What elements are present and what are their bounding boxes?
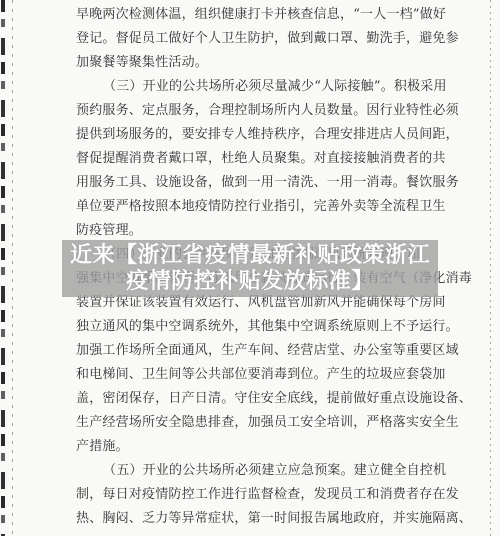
document-line: 产措施。 [76, 435, 448, 459]
document-line: 预约服务、定点服务，合理控制场所内人员数量。因行业特性必须 [76, 99, 448, 123]
document-line: 用服务工具、设施设备，做到一用一清洗、一用一消毒。餐饮服务 [76, 171, 448, 195]
document-line: 盖，密闭保存，日产日清。守住安全底线，提前做好重点设施设备、 [76, 387, 448, 411]
document-line: 督促提醒消费者戴口罩，杜绝人员聚集。对直接接触消费者的共 [76, 147, 448, 171]
caption-line-1: 近来【浙江省疫情最新补贴政策浙江 [70, 243, 430, 269]
document-line: 早晚两次检测体温，组织健康打卡并核查信息，“一人一档”做好 [76, 3, 448, 27]
document-line: 制，每日对疫情防控工作进行监督检查，发现员工和消费者存在发 [76, 483, 448, 507]
scan-artifact-right-dotted-line [490, 0, 491, 536]
caption-overlay: 近来【浙江省疫情最新补贴政策浙江 疫情防控补贴发放标准】 [62, 240, 438, 297]
scanned-document-page: 早晚两次检测体温，组织健康打卡并核查信息，“一人一档”做好登记。督促员工做好个人… [0, 0, 500, 536]
document-line: 提供到场服务的，要安排专人维持秩序，合理安排进店人员间距， [76, 123, 448, 147]
document-line: 加聚餐等聚集性活动。 [76, 51, 448, 75]
document-line: 登记。督促员工做好个人卫生防护，做到戴口罩、勤洗手，避免参 [76, 27, 448, 51]
document-line: （三）开业的公共场所必须尽量减少“人际接触”。积极采用 [76, 75, 448, 99]
document-line: （五）开业的公共场所必须建立应急预案。建立健全自控机 [76, 459, 448, 483]
document-line: 热、胸闷、乏力等异常症状，第一时间报告属地政府，并实施隔离、 [76, 507, 448, 531]
document-line: 生产经营场所安全隐患排查，加强员工安全培训，严格落实安全生 [76, 411, 448, 435]
scan-artifact-left-bar [1, 0, 5, 536]
scan-artifact-left-dashed-line [12, 0, 13, 536]
document-line: 和电梯间、卫生间等公共部位要消毒到位。产生的垃圾应套袋加 [76, 363, 448, 387]
caption-line-2: 疫情防控补贴发放标准】 [126, 269, 374, 295]
document-line: 独立通风的集中空调系统外，其他集中空调系统原则上不予运行。 [76, 315, 448, 339]
document-line: 加强工作场所全面通风，生产车间、经营店堂、办公室等重要区域 [76, 339, 448, 363]
document-line: 单位要严格按照本地疫情防控行业指引，完善外卖等全流程卫生 [76, 195, 448, 219]
